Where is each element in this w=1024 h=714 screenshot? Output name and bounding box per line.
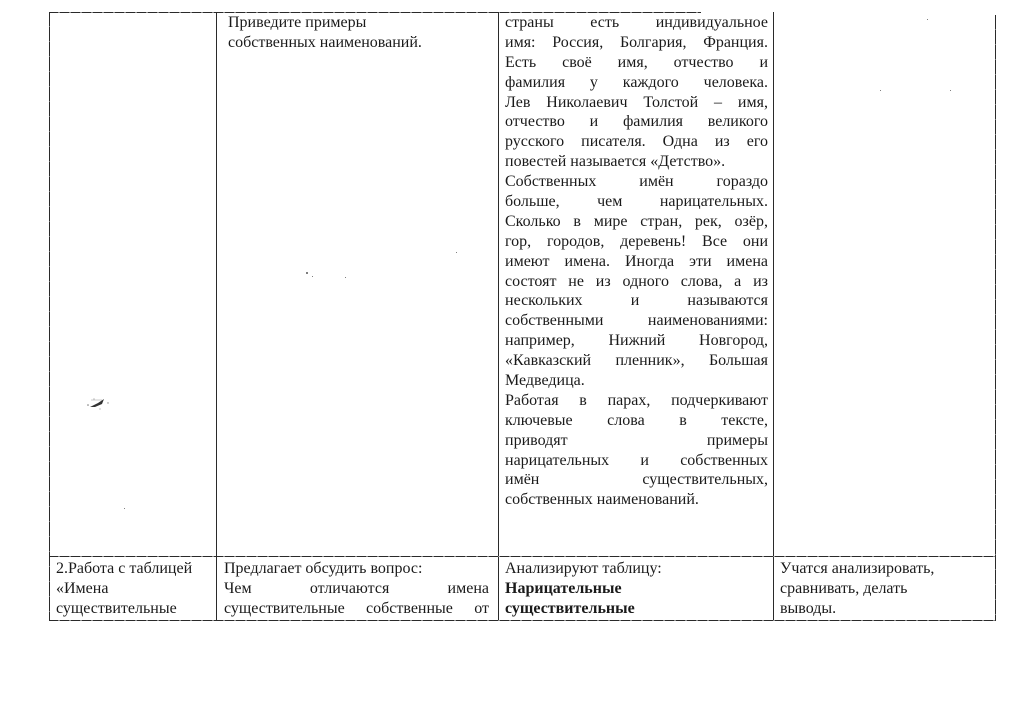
row1-col2-teacher-activity: Приведите примерысобственных наименовани…	[228, 13, 492, 53]
column-divider-3	[773, 12, 774, 621]
text-line: существительные	[56, 599, 214, 619]
text-line: несколькихиназываются	[505, 291, 768, 311]
table-right-border	[995, 15, 996, 621]
text-line: существительныесобственныеот	[224, 599, 489, 619]
text-line: «Кавказскийпленник»,Большая	[505, 351, 768, 371]
text-line: имеютимена.Иногдаэтиимена	[505, 252, 768, 272]
text-line: собственных наименований.	[505, 490, 768, 510]
row2-col2-teacher-activity: Предлагает обсудить вопрос:Чемотличаются…	[224, 559, 489, 619]
row2-col3-student-activity: Анализируют таблицу:Нарицательныесуществ…	[505, 559, 768, 619]
text-line: нарицательныхисобственных	[505, 451, 768, 471]
scan-speck	[927, 19, 928, 20]
text-line: приводятпримеры	[505, 431, 768, 451]
text-line: отчествоифамилиявеликого	[505, 112, 768, 132]
text-line: собственных наименований.	[228, 33, 492, 53]
column-divider-1	[216, 12, 217, 621]
text-line: ЛевНиколаевичТолстой–имя,	[505, 93, 768, 113]
row-divider	[49, 556, 996, 557]
text-line: Нарицательные	[505, 579, 768, 599]
text-line: состоятнеизодногослова,аиз	[505, 272, 768, 292]
row1-col3-student-activity: страныестьиндивидуальноеимя:Россия,Болга…	[505, 13, 768, 510]
table-left-border	[49, 12, 50, 621]
scan-speck	[306, 272, 308, 274]
text-line: выводы.	[780, 599, 990, 619]
scan-smudge-artifact	[84, 395, 114, 413]
text-line: Медведица.	[505, 371, 768, 391]
text-line: Предлагает обсудить вопрос:	[224, 559, 489, 579]
text-line: ключевыесловавтексте,	[505, 411, 768, 431]
text-line: Учатся анализировать,	[780, 559, 990, 579]
text-line: существительные	[505, 599, 768, 619]
text-line: имёнсуществительных,	[505, 470, 768, 490]
text-line: повестей называется «Детство».	[505, 152, 768, 172]
text-line: Собственныхимёнгораздо	[505, 172, 768, 192]
text-line: Естьсвоёимя,отчествои	[505, 53, 768, 73]
scan-speck	[124, 508, 125, 509]
table-bottom-border	[49, 620, 996, 621]
column-divider-2	[498, 12, 499, 621]
text-line: русскогописателя.Однаизего	[505, 132, 768, 152]
text-line: страныестьиндивидуальное	[505, 13, 768, 33]
scan-speck	[880, 90, 881, 91]
scanned-document-page: Приведите примерысобственных наименовани…	[0, 0, 1024, 714]
text-line: сравнивать, делать	[780, 579, 990, 599]
text-line: Скольковмирестран,рек,озёр,	[505, 212, 768, 232]
text-line: собственныминаименованиями:	[505, 311, 768, 331]
text-line: Чемотличаютсяимена	[224, 579, 489, 599]
text-line: Приведите примеры	[228, 13, 492, 33]
scan-speck	[312, 276, 313, 277]
text-line: Анализируют таблицу:	[505, 559, 768, 579]
scan-speck	[950, 90, 951, 91]
scan-speck	[456, 252, 457, 253]
scan-speck	[345, 277, 346, 278]
text-line: «Имена	[56, 579, 214, 599]
row2-col4-results: Учатся анализировать,сравнивать, делатьв…	[780, 559, 990, 619]
text-line: фамилияукаждогочеловека.	[505, 73, 768, 93]
text-line: 2.Работа с таблицей	[56, 559, 214, 579]
text-line: имя:Россия,Болгария,Франция.	[505, 33, 768, 53]
text-line: Работаявпарах,подчеркивают	[505, 391, 768, 411]
row2-col1-stage: 2.Работа с таблицей«Именасуществительные	[56, 559, 214, 619]
text-line: гор,городов,деревень!Всеони	[505, 232, 768, 252]
text-line: например,НижнийНовгород,	[505, 331, 768, 351]
text-line: больше,чемнарицательных.	[505, 192, 768, 212]
